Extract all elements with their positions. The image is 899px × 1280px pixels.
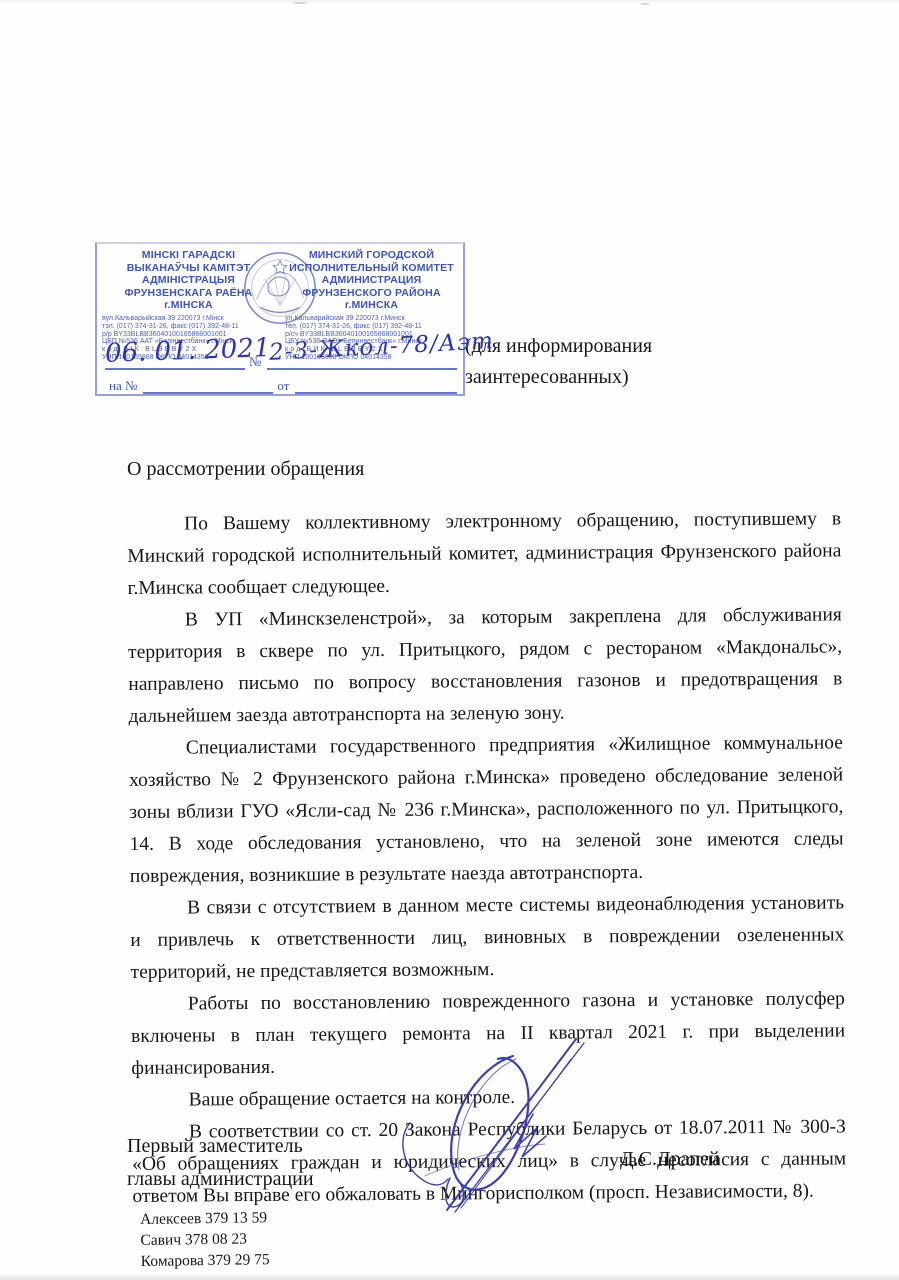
contact-line: Алексеев 379 13 59 <box>140 1207 269 1230</box>
paragraph-3: Специалистами государственного предприят… <box>129 727 844 893</box>
signature-position-line1: Первый заместитель <box>127 1130 314 1163</box>
stamp-title-line: МІНСКІ ГАРАДСКІ <box>97 249 280 262</box>
ot-underline <box>295 378 457 394</box>
stamp-title-line: ФРУНЗЕНСКОГО РАЙОНА <box>280 287 463 300</box>
stamp-title-by: МІНСКІ ГАРАДСКІ ВЫКАНАЎЧЫ КАМІТЭТ АДМІНІ… <box>97 249 280 312</box>
stamp-detail-line: тэл. (017) 374-31-26, факс (017) 392-48-… <box>102 323 280 331</box>
paragraph-4: В связи с отсутствием в данном месте сис… <box>130 887 845 989</box>
na-no-underline <box>143 378 273 394</box>
paragraph-1: По Вашему коллективному электронному обр… <box>127 503 842 605</box>
handwritten-reg-date: 06. 01. 2021 <box>105 333 271 369</box>
contact-line: Савич 378 08 23 <box>140 1228 269 1251</box>
stamp-title-line: ФРУНЗЕНСКАГА РАЁНА <box>97 287 280 300</box>
stamp-title-line: г.МИНСКА <box>280 299 463 312</box>
stamp-detail-line: вул.Кальварыйская 39 220073 г.Мінск <box>102 315 280 323</box>
paragraph-2: В УП «Минскзеленстрой», за которым закре… <box>128 599 843 733</box>
signature-position: Первый заместитель главы администрации <box>127 1130 314 1196</box>
incoming-reference-row: на № от <box>105 378 457 394</box>
scan-artifact <box>640 3 650 5</box>
stamp-title-line: АДМИНИСТРАЦИЯ <box>280 274 463 287</box>
addressee-note: (для информирования заинтересованных) <box>465 331 757 393</box>
signature-position-line2: главы администрации <box>127 1163 314 1196</box>
official-stamp: МІНСКІ ГАРАДСКІ ВЫКАНАЎЧЫ КАМІТЭТ АДМІНІ… <box>95 242 465 396</box>
scan-artifact <box>293 2 307 4</box>
stamp-title-line: ВЫКАНАЎЧЫ КАМІТЭТ <box>97 262 280 275</box>
contact-line: Комарова 379 29 75 <box>141 1249 270 1272</box>
stamp-detail-line: ул.Кальварийская 39 220073 г.Минск <box>285 315 463 323</box>
na-no-label: на № <box>105 378 143 394</box>
stamp-title-ru: МИНСКИЙ ГОРОДСКОЙ ИСПОЛНИТЕЛЬНЫЙ КОМИТЕТ… <box>280 249 463 312</box>
signature-scrawl <box>395 1028 625 1233</box>
stamp-title-line: ИСПОЛНИТЕЛЬНЫЙ КОМИТЕТ <box>280 262 463 275</box>
scanned-letter-page: МІНСКІ ГАРАДСКІ ВЫКАНАЎЧЫ КАМІТЭТ АДМІНІ… <box>0 0 899 1280</box>
stamp-title-line: МИНСКИЙ ГОРОДСКОЙ <box>280 249 463 262</box>
signer-name: Д.С.Драпей <box>620 1148 720 1171</box>
stamp-title-line: г.МІНСКА <box>97 299 280 312</box>
contact-phones: Алексеев 379 13 59 Савич 378 08 23 Комар… <box>140 1207 270 1272</box>
stamp-title-line: АДМІНІСТРАЦЫЯ <box>97 274 280 287</box>
ot-label: от <box>273 378 295 394</box>
subject-line: О рассмотрении обращения <box>127 458 364 481</box>
stamp-detail-line: тел. (017) 374-31-26, факс (017) 392-48-… <box>285 323 463 331</box>
